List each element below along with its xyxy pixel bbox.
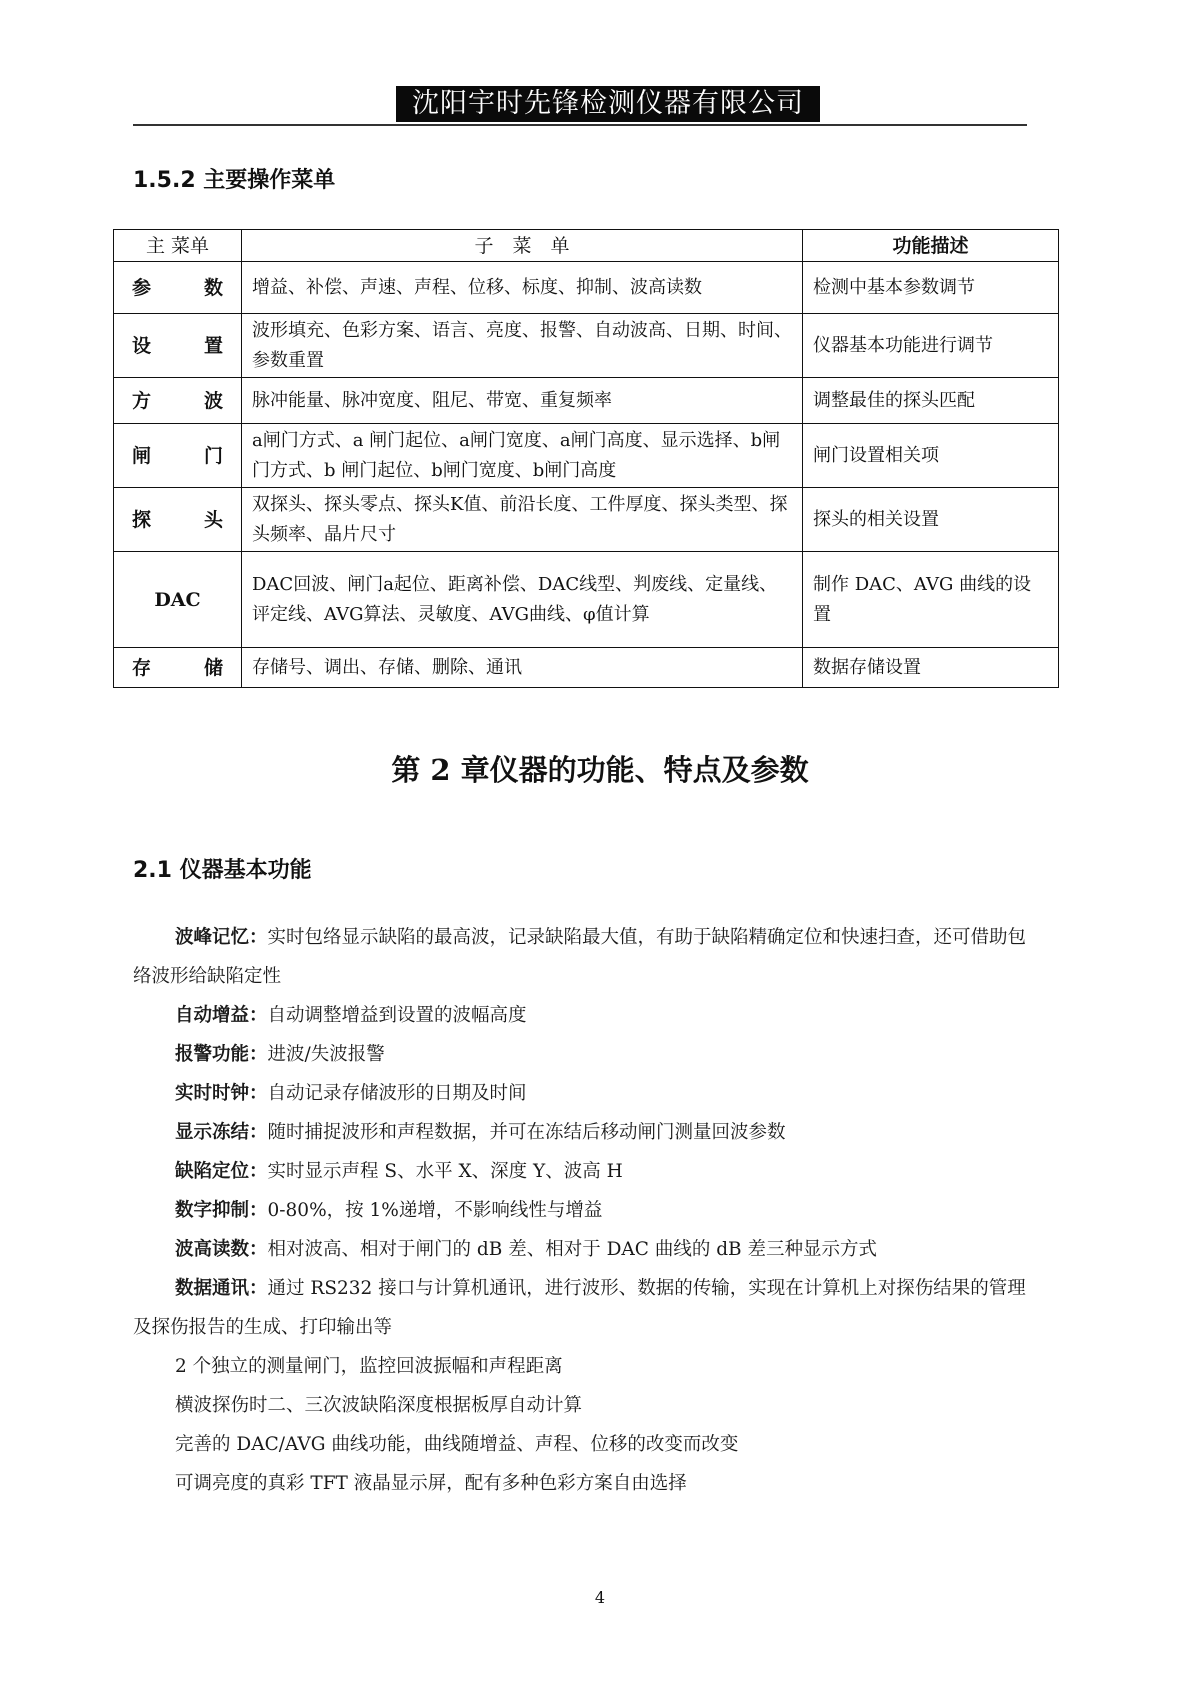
feature-item: 缺陷定位：实时显示声程 S、水平 X、深度 Y、波高 H (133, 1152, 1033, 1191)
feature-term: 报警功能： (175, 1044, 268, 1065)
table-header-row: 主 菜单 子 菜 单 功能描述 (114, 230, 1059, 262)
feature-text: 随时捕捉波形和声程数据，并可在冻结后移动闸门测量回波参数 (268, 1122, 786, 1143)
plain-feature-item: 2 个独立的测量闸门，监控回波振幅和声程距离 (133, 1347, 1033, 1386)
table-row: 闸门 a闸门方式、a 闸门起位、a闸门宽度、a闸门高度、显示选择、b闸门方式、b… (114, 424, 1059, 488)
description-cell: 检测中基本参数调节 (803, 262, 1059, 314)
chapter-title: 第 2 章仪器的功能、特点及参数 (0, 748, 1200, 789)
feature-list: 波峰记忆：实时包络显示缺陷的最高波，记录缺陷最大值，有助于缺陷精确定位和快速扫查… (133, 918, 1033, 1503)
submenu-cell: 波形填充、色彩方案、语言、亮度、报警、自动波高、日期、时间、参数重置 (242, 314, 803, 378)
submenu-cell: 双探头、探头零点、探头K值、前沿长度、工件厚度、探头类型、探头频率、晶片尺寸 (242, 488, 803, 552)
section-heading-2-1: 2.1 仪器基本功能 (133, 853, 312, 884)
description-cell: 制作 DAC、AVG 曲线的设置 (803, 552, 1059, 648)
page-number: 4 (0, 1588, 1200, 1607)
table-row: 设置 波形填充、色彩方案、语言、亮度、报警、自动波高、日期、时间、参数重置 仪器… (114, 314, 1059, 378)
plain-feature-item: 完善的 DAC/AVG 曲线功能，曲线随增益、声程、位移的改变而改变 (133, 1425, 1033, 1464)
submenu-cell: DAC回波、闸门a起位、距离补偿、DAC线型、判废线、定量线、评定线、AVG算法… (242, 552, 803, 648)
column-header-submenu: 子 菜 单 (242, 230, 803, 262)
table-row: DAC DAC回波、闸门a起位、距离补偿、DAC线型、判废线、定量线、评定线、A… (114, 552, 1059, 648)
feature-text: 自动记录存储波形的日期及时间 (268, 1083, 527, 1104)
feature-text: 进波/失波报警 (268, 1044, 385, 1065)
table-row: 方波 脉冲能量、脉冲宽度、阻尼、带宽、重复频率 调整最佳的探头匹配 (114, 378, 1059, 424)
feature-term: 缺陷定位： (175, 1161, 268, 1182)
feature-item: 报警功能：进波/失波报警 (133, 1035, 1033, 1074)
feature-item: 数字抑制：0-80%，按 1%递增，不影响线性与增益 (133, 1191, 1033, 1230)
plain-feature-item: 可调亮度的真彩 TFT 液晶显示屏，配有多种色彩方案自由选择 (133, 1464, 1033, 1503)
feature-text: 自动调整增益到设置的波幅高度 (268, 1005, 527, 1026)
feature-item: 显示冻结：随时捕捉波形和声程数据，并可在冻结后移动闸门测量回波参数 (133, 1113, 1033, 1152)
description-cell: 探头的相关设置 (803, 488, 1059, 552)
main-menu-cell: DAC (114, 552, 242, 648)
feature-item: 波高读数：相对波高、相对于闸门的 dB 差、相对于 DAC 曲线的 dB 差三种… (133, 1230, 1033, 1269)
table-row: 探头 双探头、探头零点、探头K值、前沿长度、工件厚度、探头类型、探头频率、晶片尺… (114, 488, 1059, 552)
column-header-description: 功能描述 (803, 230, 1059, 262)
column-header-main-menu: 主 菜单 (114, 230, 242, 262)
company-header-banner: 沈阳宇时先锋检测仪器有限公司 (396, 86, 820, 122)
submenu-cell: a闸门方式、a 闸门起位、a闸门宽度、a闸门高度、显示选择、b闸门方式、b 闸门… (242, 424, 803, 488)
main-menu-cell: 闸门 (114, 424, 242, 488)
description-cell: 数据存储设置 (803, 648, 1059, 688)
submenu-cell: 脉冲能量、脉冲宽度、阻尼、带宽、重复频率 (242, 378, 803, 424)
main-menu-cell: 设置 (114, 314, 242, 378)
description-cell: 闸门设置相关项 (803, 424, 1059, 488)
main-menu-cell: 探头 (114, 488, 242, 552)
feature-term: 实时时钟： (175, 1083, 268, 1104)
feature-term: 显示冻结： (175, 1122, 268, 1143)
plain-feature-item: 横波探伤时二、三次波缺陷深度根据板厚自动计算 (133, 1386, 1033, 1425)
feature-item: 自动增益：自动调整增益到设置的波幅高度 (133, 996, 1033, 1035)
feature-text: 通过 RS232 接口与计算机通讯，进行波形、数据的传输，实现在计算机上对探伤结… (133, 1278, 1026, 1338)
main-menu-cell: 存储 (114, 648, 242, 688)
feature-text: 相对波高、相对于闸门的 dB 差、相对于 DAC 曲线的 dB 差三种显示方式 (268, 1239, 878, 1260)
section-heading-1-5-2: 1.5.2 主要操作菜单 (133, 163, 335, 194)
feature-item: 波峰记忆：实时包络显示缺陷的最高波，记录缺陷最大值，有助于缺陷精确定位和快速扫查… (133, 918, 1033, 996)
main-menu-table: 主 菜单 子 菜 单 功能描述 参数 增益、补偿、声速、声程、位移、标度、抑制、… (113, 229, 1059, 688)
feature-term: 自动增益： (175, 1005, 268, 1026)
header-divider (133, 124, 1027, 126)
submenu-cell: 存储号、调出、存储、删除、通讯 (242, 648, 803, 688)
table-row: 存储 存储号、调出、存储、删除、通讯 数据存储设置 (114, 648, 1059, 688)
feature-term: 数据通讯： (175, 1278, 268, 1299)
submenu-cell: 增益、补偿、声速、声程、位移、标度、抑制、波高读数 (242, 262, 803, 314)
description-cell: 仪器基本功能进行调节 (803, 314, 1059, 378)
feature-text: 实时显示声程 S、水平 X、深度 Y、波高 H (268, 1161, 623, 1182)
main-menu-cell: 参数 (114, 262, 242, 314)
feature-term: 波峰记忆： (175, 927, 268, 948)
feature-term: 数字抑制： (175, 1200, 268, 1221)
main-menu-cell: 方波 (114, 378, 242, 424)
feature-text: 实时包络显示缺陷的最高波，记录缺陷最大值，有助于缺陷精确定位和快速扫查，还可借助… (133, 927, 1026, 987)
feature-item: 实时时钟：自动记录存储波形的日期及时间 (133, 1074, 1033, 1113)
feature-text: 0-80%，按 1%递增，不影响线性与增益 (268, 1200, 603, 1221)
table-row: 参数 增益、补偿、声速、声程、位移、标度、抑制、波高读数 检测中基本参数调节 (114, 262, 1059, 314)
description-cell: 调整最佳的探头匹配 (803, 378, 1059, 424)
feature-term: 波高读数： (175, 1239, 268, 1260)
feature-item: 数据通讯：通过 RS232 接口与计算机通讯，进行波形、数据的传输，实现在计算机… (133, 1269, 1033, 1347)
